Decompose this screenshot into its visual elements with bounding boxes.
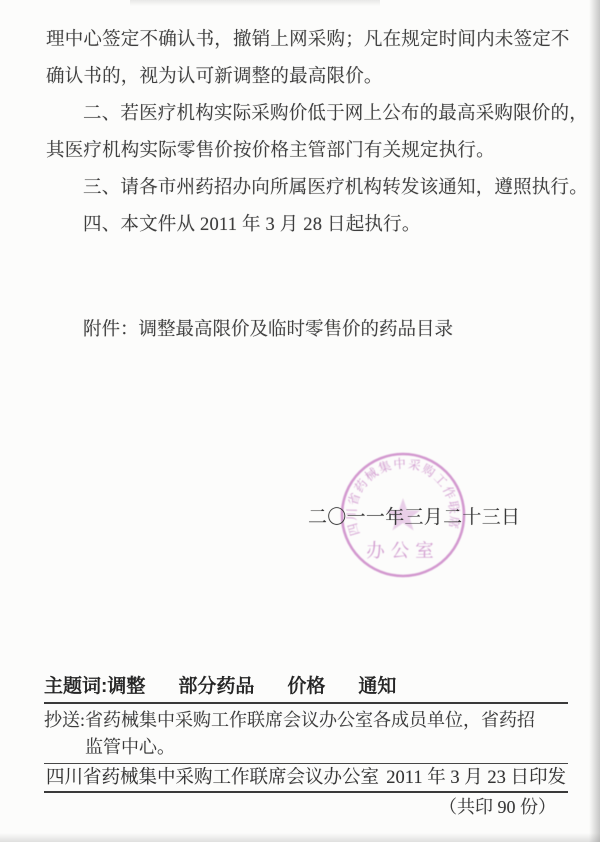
subject-row: 主题词: 调整 部分药品 价格 通知 bbox=[44, 672, 568, 702]
body-paragraph-line: 三、请各市州药招办向所属医疗机构转发该通知，遵照执行。 bbox=[46, 170, 560, 207]
sign-date: 二〇一一年三月二十三日 bbox=[308, 502, 520, 529]
cc-line: 监管中心。 bbox=[85, 734, 568, 761]
cc-row: 抄送: 省药械集中采购工作联席会议办公室各成员单位，省药招 监管中心。 bbox=[44, 704, 568, 763]
scan-shadow-right bbox=[589, 0, 600, 842]
body-paragraph-line: 理中心签定不确认书，撤销上网采购；凡在规定时间内未签定不 bbox=[46, 22, 560, 59]
body-paragraph-line: 确认书的，视为认可新调整的最高限价。 bbox=[46, 59, 560, 96]
cc-label: 抄送: bbox=[44, 707, 85, 734]
subject-term: 部分药品 bbox=[178, 672, 254, 702]
body-paragraph-line: 二、若医疗机构实际采购价低于网上公布的最高采购限价的， bbox=[46, 96, 560, 133]
subject-term: 价格 bbox=[287, 672, 325, 702]
cc-line: 省药械集中采购工作联席会议办公室各成员单位，省药招 bbox=[85, 707, 568, 734]
document-footer: 主题词: 调整 部分药品 价格 通知 抄送: 省药械集中采购工作联席会议办公室各… bbox=[44, 672, 568, 819]
subject-term: 调整 bbox=[107, 672, 145, 702]
seal-office-text: 办公室 bbox=[366, 540, 440, 561]
attachment-line: 附件：调整最高限价及临时零售价的药品目录 bbox=[46, 312, 560, 349]
body-paragraph-line: 四、本文件从 2011 年 3 月 28 日起执行。 bbox=[46, 207, 560, 244]
subject-term: 通知 bbox=[358, 672, 396, 702]
body-paragraph-line: 其医疗机构实际零售价按价格主管部门有关规定执行。 bbox=[46, 133, 560, 170]
scanned-document-page: 理中心签定不确认书，撤销上网采购；凡在规定时间内未签定不 确认书的，视为认可新调… bbox=[0, 0, 600, 842]
cc-content: 省药械集中采购工作联席会议办公室各成员单位，省药招 监管中心。 bbox=[85, 707, 568, 760]
document-body: 理中心签定不确认书，撤销上网采购；凡在规定时间内未签定不 确认书的，视为认可新调… bbox=[46, 22, 560, 244]
copies-count: （共印 90 份） bbox=[44, 793, 568, 819]
scan-shadow-bottom bbox=[0, 833, 600, 842]
print-date: 2011 年 3 月 23 日印发 bbox=[386, 766, 566, 790]
subject-label: 主题词: bbox=[44, 672, 107, 702]
issuer-row: 四川省药械集中采购工作联席会议办公室 2011 年 3 月 23 日印发 bbox=[44, 764, 568, 791]
scan-smudge bbox=[130, 0, 380, 6]
issuer-name: 四川省药械集中采购工作联席会议办公室 bbox=[46, 766, 379, 790]
